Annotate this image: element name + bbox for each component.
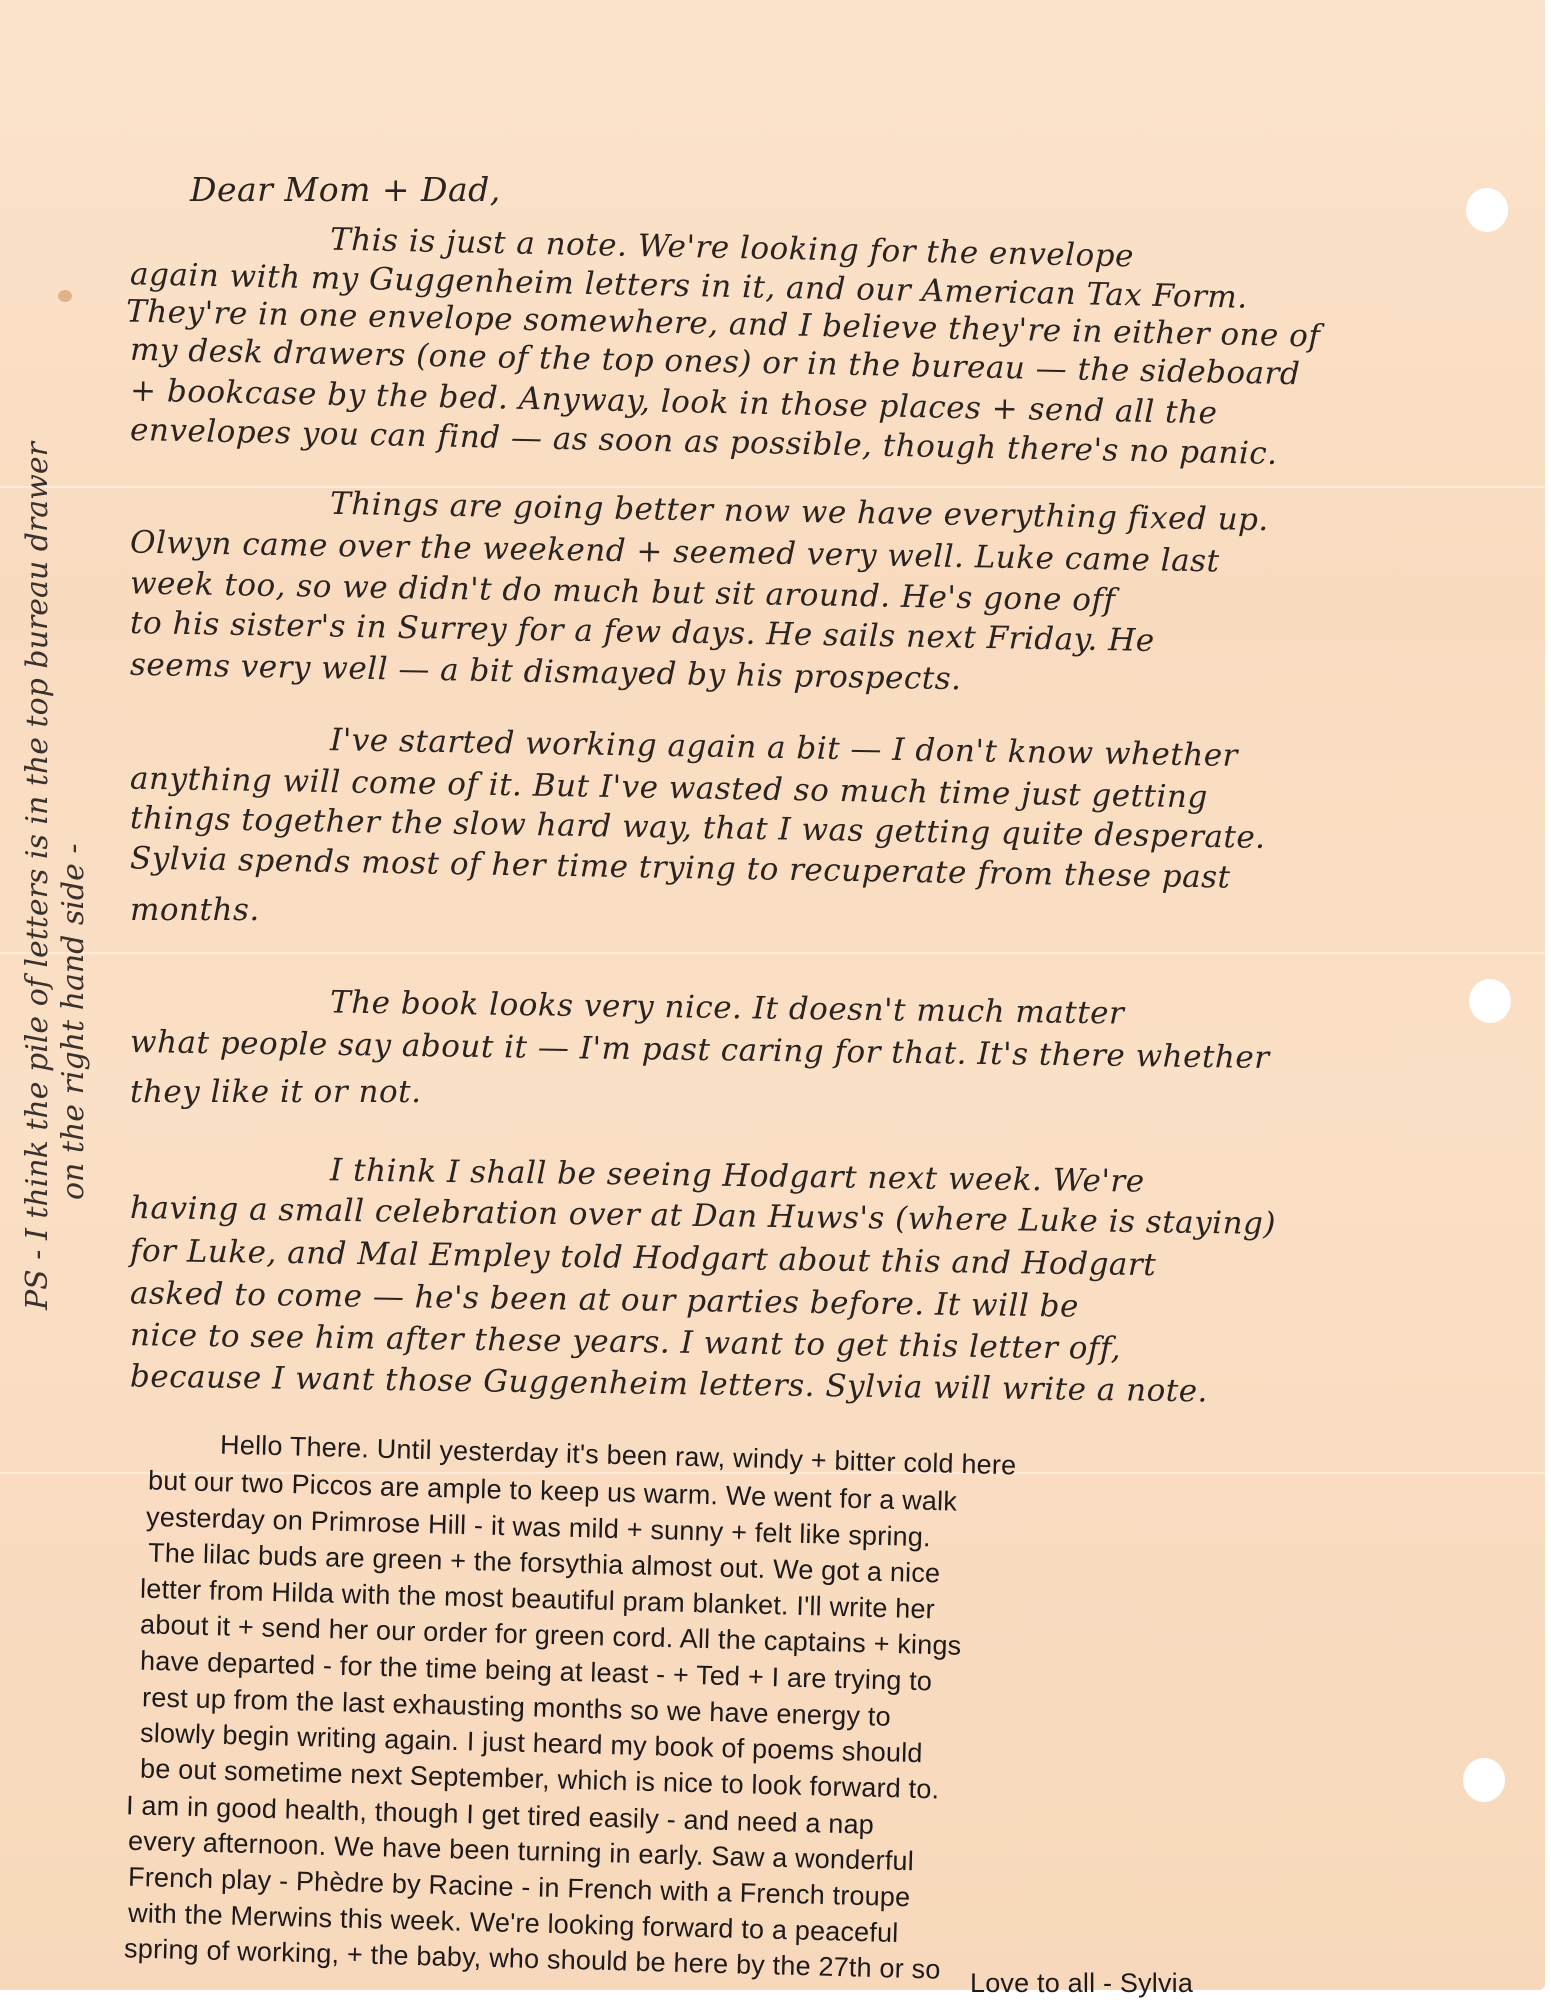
punch-hole: [1466, 188, 1508, 232]
letter-line: months.: [130, 892, 260, 928]
letter-line: seems very well — a bit dismayed by his …: [130, 647, 962, 698]
letter-line: because I want those Guggenheim letters.…: [130, 1358, 1208, 1409]
salutation: Dear Mom + Dad,: [190, 170, 501, 209]
letter-line: for Luke, and Mal Empley told Hodgart ab…: [130, 1233, 1157, 1283]
letter-line: they like it or not.: [130, 1074, 421, 1110]
letter-line: asked to come — he's been at our parties…: [130, 1275, 1079, 1324]
margin-postscript: PS - I think the pile of letters is in t…: [20, 442, 92, 1310]
punch-hole: [1469, 979, 1511, 1023]
letter-line: what people say about it — I'm past cari…: [130, 1024, 1270, 1076]
paper-fold-line: [0, 486, 1545, 488]
paper-fold-line: [0, 952, 1545, 954]
margin-postscript-line: on the right hand side -: [56, 442, 92, 1310]
letter-page: PS - I think the pile of letters is in t…: [0, 0, 1545, 1990]
letter-line: The book looks very nice. It doesn't muc…: [330, 984, 1125, 1031]
ink-stain: [58, 290, 72, 302]
margin-postscript-line: PS - I think the pile of letters is in t…: [20, 442, 56, 1310]
punch-hole: [1463, 1758, 1505, 1802]
signature: Love to all - Sylvia: [970, 1968, 1193, 1999]
letter-line: I think I shall be seeing Hodgart next w…: [330, 1152, 1145, 1199]
letter-line: nice to see him after these years. I wan…: [130, 1317, 1122, 1367]
